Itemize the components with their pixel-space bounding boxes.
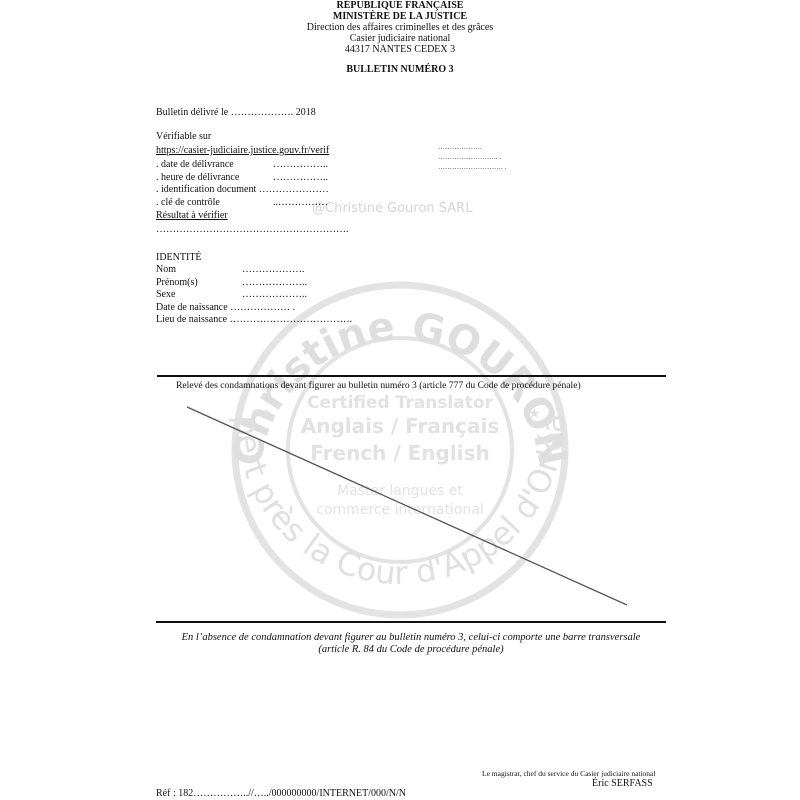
result-value: …………………………………………………. bbox=[156, 224, 349, 236]
watermark-copyright-text: @Christine Gouron SARL bbox=[312, 201, 473, 216]
verification-field-value: …………….. bbox=[273, 172, 328, 184]
identity-field-label: Nom bbox=[156, 264, 176, 276]
verification-field-label: . heure de délivrance bbox=[156, 172, 239, 184]
stamp-star-right: ★ bbox=[528, 407, 541, 422]
bottom-rule bbox=[156, 621, 666, 623]
top-rule bbox=[157, 375, 666, 377]
stamp-star-left: ★ bbox=[260, 407, 273, 422]
identity-title: IDENTITÉ bbox=[156, 252, 202, 264]
verification-field-label: . date de délivrance bbox=[156, 159, 234, 171]
bulletin-title: BULLETIN NUMÉRO 3 bbox=[0, 64, 800, 76]
verification-url[interactable]: https://casier-judiciaire.justice.gouv.f… bbox=[156, 145, 329, 157]
result-label: Résultat à vérifier bbox=[156, 210, 228, 222]
svg-text:Anglais / Français: Anglais / Français bbox=[301, 414, 499, 438]
right-dotted-line: ………………. bbox=[438, 143, 482, 151]
transversal-bar bbox=[0, 0, 800, 800]
svg-text:Certified Translator: Certified Translator bbox=[307, 393, 493, 413]
verification-field-label: . identification document ………………… bbox=[156, 184, 329, 196]
identity-field-label: Sexe bbox=[156, 289, 175, 301]
verification-field-value: …………….. bbox=[273, 159, 328, 171]
signature-role: Le magistrat, chef du service du Casier … bbox=[482, 769, 655, 778]
translator-stamp-watermark: Christine GOURON Expert près la Cour d'A… bbox=[0, 0, 800, 800]
right-dotted-line: …………………….. . bbox=[438, 153, 501, 161]
verification-field-value: ..…………… bbox=[273, 197, 328, 209]
identity-field-value: ……………….. bbox=[242, 277, 307, 289]
no-conviction-note-line2: (article R. 84 du Code de procédure péna… bbox=[156, 644, 666, 656]
verification-field-label: . clé de contrôle bbox=[156, 197, 220, 209]
identity-field-label: Date de naissance ……………… . bbox=[156, 302, 295, 314]
verification-label: Vérifiable sur bbox=[156, 131, 211, 143]
identity-field-value: ………………. bbox=[242, 264, 305, 276]
right-dotted-line: ………………………. . bbox=[438, 163, 506, 171]
identity-field-label: Prénom(s) bbox=[156, 277, 198, 289]
convictions-heading: Relevé des condamnations devant figurer … bbox=[176, 380, 581, 392]
header-address: 44317 NANTES CEDEX 3 bbox=[0, 44, 800, 56]
signature-name: Éric SERFASS bbox=[592, 778, 653, 790]
svg-text:commerce international: commerce international bbox=[316, 502, 483, 518]
svg-text:French / English: French / English bbox=[310, 441, 489, 465]
no-conviction-note-line1: En l’absence de condamnation devant figu… bbox=[156, 632, 666, 644]
identity-field-value: ……………….. bbox=[242, 289, 307, 301]
identity-field-label: Lieu de naissance ………………………………. bbox=[156, 314, 352, 326]
svg-text:Master langues et: Master langues et bbox=[337, 483, 463, 499]
issued-date: Bulletin délivré le ………………. 2018 bbox=[156, 107, 316, 119]
reference-line: Réf : 182……………..//…../000000000/INTERNET… bbox=[156, 788, 406, 800]
